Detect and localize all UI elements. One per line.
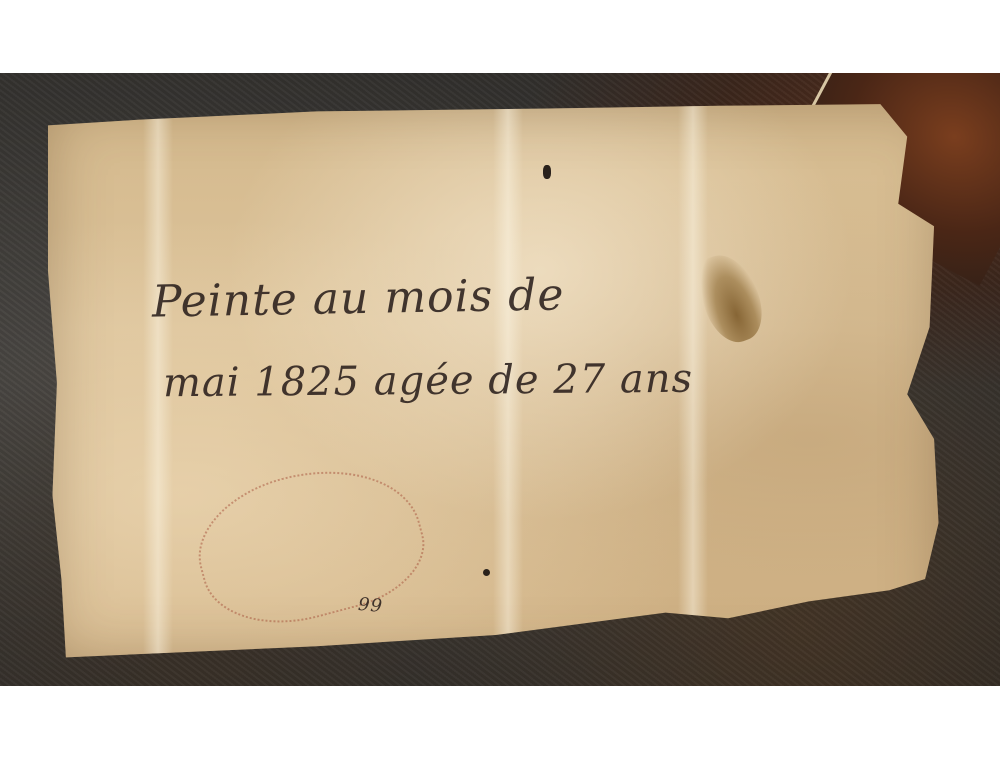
paper-label: Peinte au mois de mai 1825 agée de 27 an…: [48, 103, 943, 663]
paper-hole: [543, 165, 551, 179]
handwriting-line-1: Peinte au mois de: [152, 269, 565, 327]
ink-dot: [483, 569, 490, 576]
photograph: Peinte au mois de mai 1825 agée de 27 an…: [0, 73, 1000, 686]
inventory-mark: 99: [357, 594, 384, 617]
faded-red-marks: [183, 446, 437, 643]
handwriting-line-2: mai 1825 agée de 27 ans: [163, 356, 693, 407]
